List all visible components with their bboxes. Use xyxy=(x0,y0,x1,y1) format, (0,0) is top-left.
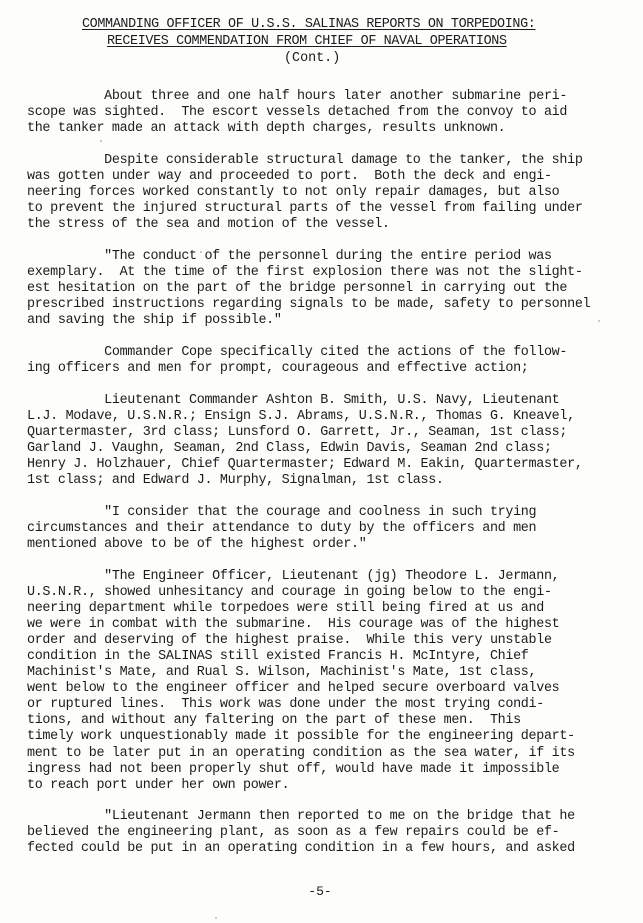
title-continuation: (Cont.) xyxy=(284,51,340,67)
text-line: ment to be later put in an operating con… xyxy=(27,746,627,762)
paper-speck xyxy=(100,140,102,142)
typewritten-page: COMMANDING OFFICER OF U.S.S. SALINAS REP… xyxy=(0,0,643,923)
text-line: was gotten under way and proceeded to po… xyxy=(27,169,627,185)
text-line: timely work unquestionably made it possi… xyxy=(27,729,627,745)
text-line: Quartermaster, 3rd class; Lunsford O. Ga… xyxy=(27,425,627,441)
text-line: order and deserving of the highest prais… xyxy=(27,633,627,649)
text-line: we were in combat with the submarine. Hi… xyxy=(27,617,627,633)
paper-speck xyxy=(598,320,600,322)
text-line: mentioned above to be of the highest ord… xyxy=(27,537,627,553)
text-line: "The conduct of the personnel during the… xyxy=(27,249,627,265)
text-line: "Lieutenant Jermann then reported to me … xyxy=(27,809,627,825)
paper-speck xyxy=(200,251,202,253)
paper-speck xyxy=(108,92,110,94)
text-line: ingress had not been properly shut off, … xyxy=(27,762,627,778)
paragraph-7: "The Engineer Officer, Lieutenant (jg) T… xyxy=(27,569,627,794)
text-line: to prevent the injured structural parts … xyxy=(27,201,627,217)
text-line: the tanker made an attack with depth cha… xyxy=(27,121,627,137)
text-line: Lieutenant Commander Ashton B. Smith, U.… xyxy=(27,393,627,409)
text-line: Machinist's Mate, and Rual S. Wilson, Ma… xyxy=(27,665,627,681)
text-line: ing officers and men for prompt, courage… xyxy=(27,361,627,377)
text-line: Garland J. Vaughn, Seaman, 2nd Class, Ed… xyxy=(27,441,627,457)
paragraph-4: Commander Cope specifically cited the ac… xyxy=(27,345,627,377)
paragraph-8: "Lieutenant Jermann then reported to me … xyxy=(27,809,627,857)
text-line: and saving the ship if possible." xyxy=(27,313,627,329)
text-line: "The Engineer Officer, Lieutenant (jg) T… xyxy=(27,569,627,585)
text-line: L.J. Modave, U.S.N.R.; Ensign S.J. Abram… xyxy=(27,409,627,425)
paragraph-6: "I consider that the courage and coolnes… xyxy=(27,505,627,553)
text-line: Despite considerable structural damage t… xyxy=(27,153,627,169)
text-line: neering department while torpedoes were … xyxy=(27,601,627,617)
text-line: or ruptured lines. This work was done un… xyxy=(27,697,627,713)
paragraph-5: Lieutenant Commander Ashton B. Smith, U.… xyxy=(27,393,627,489)
text-line: condition in the SALINAS still existed F… xyxy=(27,649,627,665)
text-line: the stress of the sea and motion of the … xyxy=(27,217,627,233)
paragraph-2: Despite considerable structural damage t… xyxy=(27,153,627,233)
text-line: believed the engineering plant, as soon … xyxy=(27,825,627,841)
text-line: 1st class; and Edward J. Murphy, Signalm… xyxy=(27,473,627,489)
text-line: U.S.N.R., showed unhesitancy and courage… xyxy=(27,585,627,601)
text-line: fected could be put in an operating cond… xyxy=(27,841,627,857)
page-number: -5- xyxy=(300,884,340,900)
text-line: went below to the engineer officer and h… xyxy=(27,681,627,697)
title-line-2: RECEIVES COMMENDATION FROM CHIEF OF NAVA… xyxy=(107,34,507,50)
text-line: prescribed instructions regarding signal… xyxy=(27,297,627,313)
text-line: About three and one half hours later ano… xyxy=(27,89,627,105)
text-line: Henry J. Holzhauer, Chief Quartermaster;… xyxy=(27,457,627,473)
text-line: Commander Cope specifically cited the ac… xyxy=(27,345,627,361)
paragraph-3: "The conduct of the personnel during the… xyxy=(27,249,627,329)
title-line-1: COMMANDING OFFICER OF U.S.S. SALINAS REP… xyxy=(82,17,535,33)
text-line: neering forces worked constantly to not … xyxy=(27,185,627,201)
paragraph-1: About three and one half hours later ano… xyxy=(27,89,627,137)
text-line: circumstances and their attendance to du… xyxy=(27,521,627,537)
paper-speck xyxy=(215,917,217,919)
text-line: exemplary. At the time of the first expl… xyxy=(27,265,627,281)
text-line: tions, and without any faltering on the … xyxy=(27,713,627,729)
text-line: "I consider that the courage and coolnes… xyxy=(27,505,627,521)
text-line: est hesitation on the part of the bridge… xyxy=(27,281,627,297)
text-line: scope was sighted. The escort vessels de… xyxy=(27,105,627,121)
text-line: to reach port under her own power. xyxy=(27,778,627,794)
